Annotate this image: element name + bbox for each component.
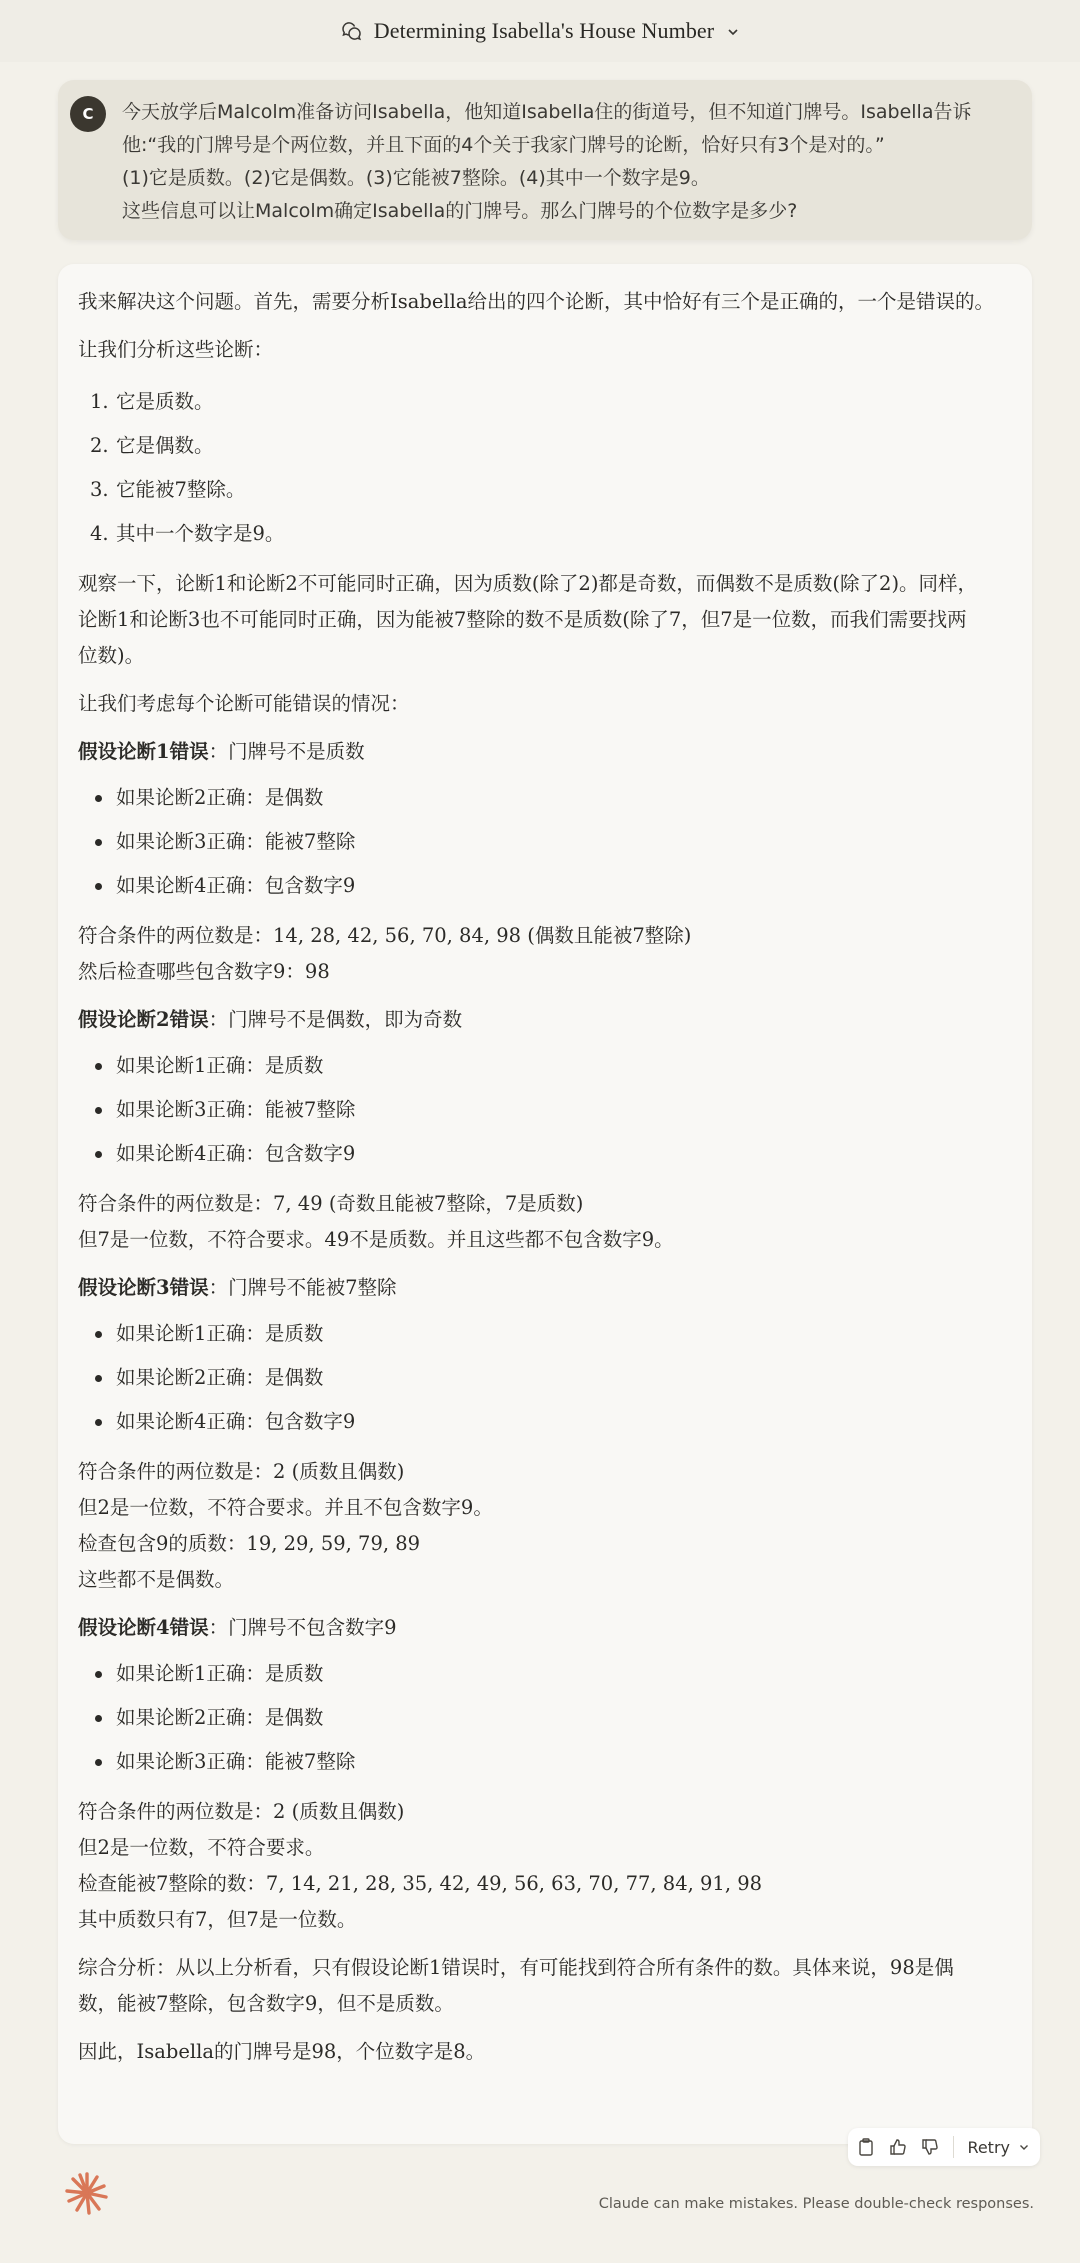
- list-item: 如果论断2正确：是偶数: [78, 776, 1012, 820]
- case-heading: 假设论断2错误：门牌号不是偶数，即为奇数: [78, 1002, 1012, 1038]
- chevron-down-icon: [1018, 2141, 1030, 2153]
- case-heading: 假设论断4错误：门牌号不包含数字9: [78, 1610, 1012, 1646]
- statements-list: 1.它是质数。 2.它是偶数。 3.它能被7整除。 4.其中一个数字是9。: [78, 380, 1012, 556]
- case-heading: 假设论断3错误：门牌号不能被7整除: [78, 1270, 1012, 1306]
- chevron-down-icon[interactable]: [726, 24, 740, 38]
- divider: [953, 2136, 954, 2158]
- user-message-line: 他:“我的门牌号是个两位数，并且下面的4个关于我家门牌号的论断，恰好只有3个是对…: [122, 129, 1008, 162]
- case-bullets: 如果论断2正确：是偶数 如果论断3正确：能被7整除 如果论断4正确：包含数字9: [78, 776, 1012, 908]
- chat-bubbles-icon: [340, 19, 364, 43]
- intro-paragraph: 我来解决这个问题。首先，需要分析Isabella给出的四个论断，其中恰好有三个是…: [78, 284, 998, 320]
- analyze-heading: 让我们分析这些论断：: [78, 332, 1012, 368]
- list-item: 如果论断1正确：是质数: [78, 1044, 1012, 1088]
- list-item: 4.其中一个数字是9。: [78, 512, 1012, 556]
- case-result: 符合条件的两位数是：7, 49 (奇数且能被7整除，7是质数) 但7是一位数，不…: [78, 1186, 1012, 1258]
- list-item: 如果论断4正确：包含数字9: [78, 1132, 1012, 1176]
- case-bullets: 如果论断1正确：是质数 如果论断3正确：能被7整除 如果论断4正确：包含数字9: [78, 1044, 1012, 1176]
- conclusion-paragraph: 因此，Isabella的门牌号是98，个位数字是8。: [78, 2034, 1012, 2070]
- list-item: 如果论断3正确：能被7整除: [78, 1740, 1012, 1784]
- list-item: 如果论断3正确：能被7整除: [78, 820, 1012, 864]
- list-item: 3.它能被7整除。: [78, 468, 1012, 512]
- list-item: 如果论断4正确：包含数字9: [78, 1400, 1012, 1444]
- list-item: 如果论断1正确：是质数: [78, 1312, 1012, 1356]
- list-item: 如果论断4正确：包含数字9: [78, 864, 1012, 908]
- user-message-line: (1)它是质数。(2)它是偶数。(3)它能被7整除。(4)其中一个数字是9。: [122, 162, 1008, 195]
- assistant-response: 我来解决这个问题。首先，需要分析Isabella给出的四个论断，其中恰好有三个是…: [58, 264, 1032, 2144]
- case-bullets: 如果论断1正确：是质数 如果论断2正确：是偶数 如果论断3正确：能被7整除: [78, 1652, 1012, 1784]
- message-actions: Retry: [848, 2128, 1040, 2166]
- list-item: 如果论断2正确：是偶数: [78, 1696, 1012, 1740]
- user-message: C 今天放学后Malcolm准备访问Isabella，他知道Isabella住的…: [58, 80, 1032, 240]
- thumbs-down-icon[interactable]: [921, 2138, 939, 2156]
- retry-button[interactable]: Retry: [967, 2138, 1030, 2157]
- case-result: 符合条件的两位数是：2 (质数且偶数) 但2是一位数，不符合要求。并且不包含数字…: [78, 1454, 1012, 1598]
- case-result: 符合条件的两位数是：2 (质数且偶数) 但2是一位数，不符合要求。 检查能被7整…: [78, 1794, 1012, 1938]
- list-item: 1.它是质数。: [78, 380, 1012, 424]
- thumbs-up-icon[interactable]: [889, 2138, 907, 2156]
- list-item: 如果论断3正确：能被7整除: [78, 1088, 1012, 1132]
- user-message-line: 今天放学后Malcolm准备访问Isabella，他知道Isabella住的街道…: [122, 96, 1008, 129]
- clipboard-icon[interactable]: [858, 2138, 875, 2156]
- consider-heading: 让我们考虑每个论断可能错误的情况：: [78, 686, 1012, 722]
- list-item: 2.它是偶数。: [78, 424, 1012, 468]
- case-bullets: 如果论断1正确：是质数 如果论断2正确：是偶数 如果论断4正确：包含数字9: [78, 1312, 1012, 1444]
- case-heading: 假设论断1错误：门牌号不是质数: [78, 734, 1012, 770]
- disclaimer-text: Claude can make mistakes. Please double-…: [599, 2196, 1034, 2212]
- claude-logo-icon: [64, 2170, 110, 2216]
- user-message-line: 这些信息可以让Malcolm确定Isabella的门牌号。那么门牌号的个位数字是…: [122, 195, 1008, 228]
- conversation-header: Determining Isabella's House Number: [0, 0, 1080, 62]
- conversation-title[interactable]: Determining Isabella's House Number: [374, 18, 714, 44]
- list-item: 如果论断1正确：是质数: [78, 1652, 1012, 1696]
- case-result: 符合条件的两位数是：14, 28, 42, 56, 70, 84, 98 (偶数…: [78, 918, 1012, 990]
- list-item: 如果论断2正确：是偶数: [78, 1356, 1012, 1400]
- observation-paragraph: 观察一下，论断1和论断2不可能同时正确，因为质数(除了2)都是奇数，而偶数不是质…: [78, 566, 978, 674]
- summary-paragraph: 综合分析：从以上分析看，只有假设论断1错误时，有可能找到符合所有条件的数。具体来…: [78, 1950, 978, 2022]
- avatar: C: [70, 96, 106, 132]
